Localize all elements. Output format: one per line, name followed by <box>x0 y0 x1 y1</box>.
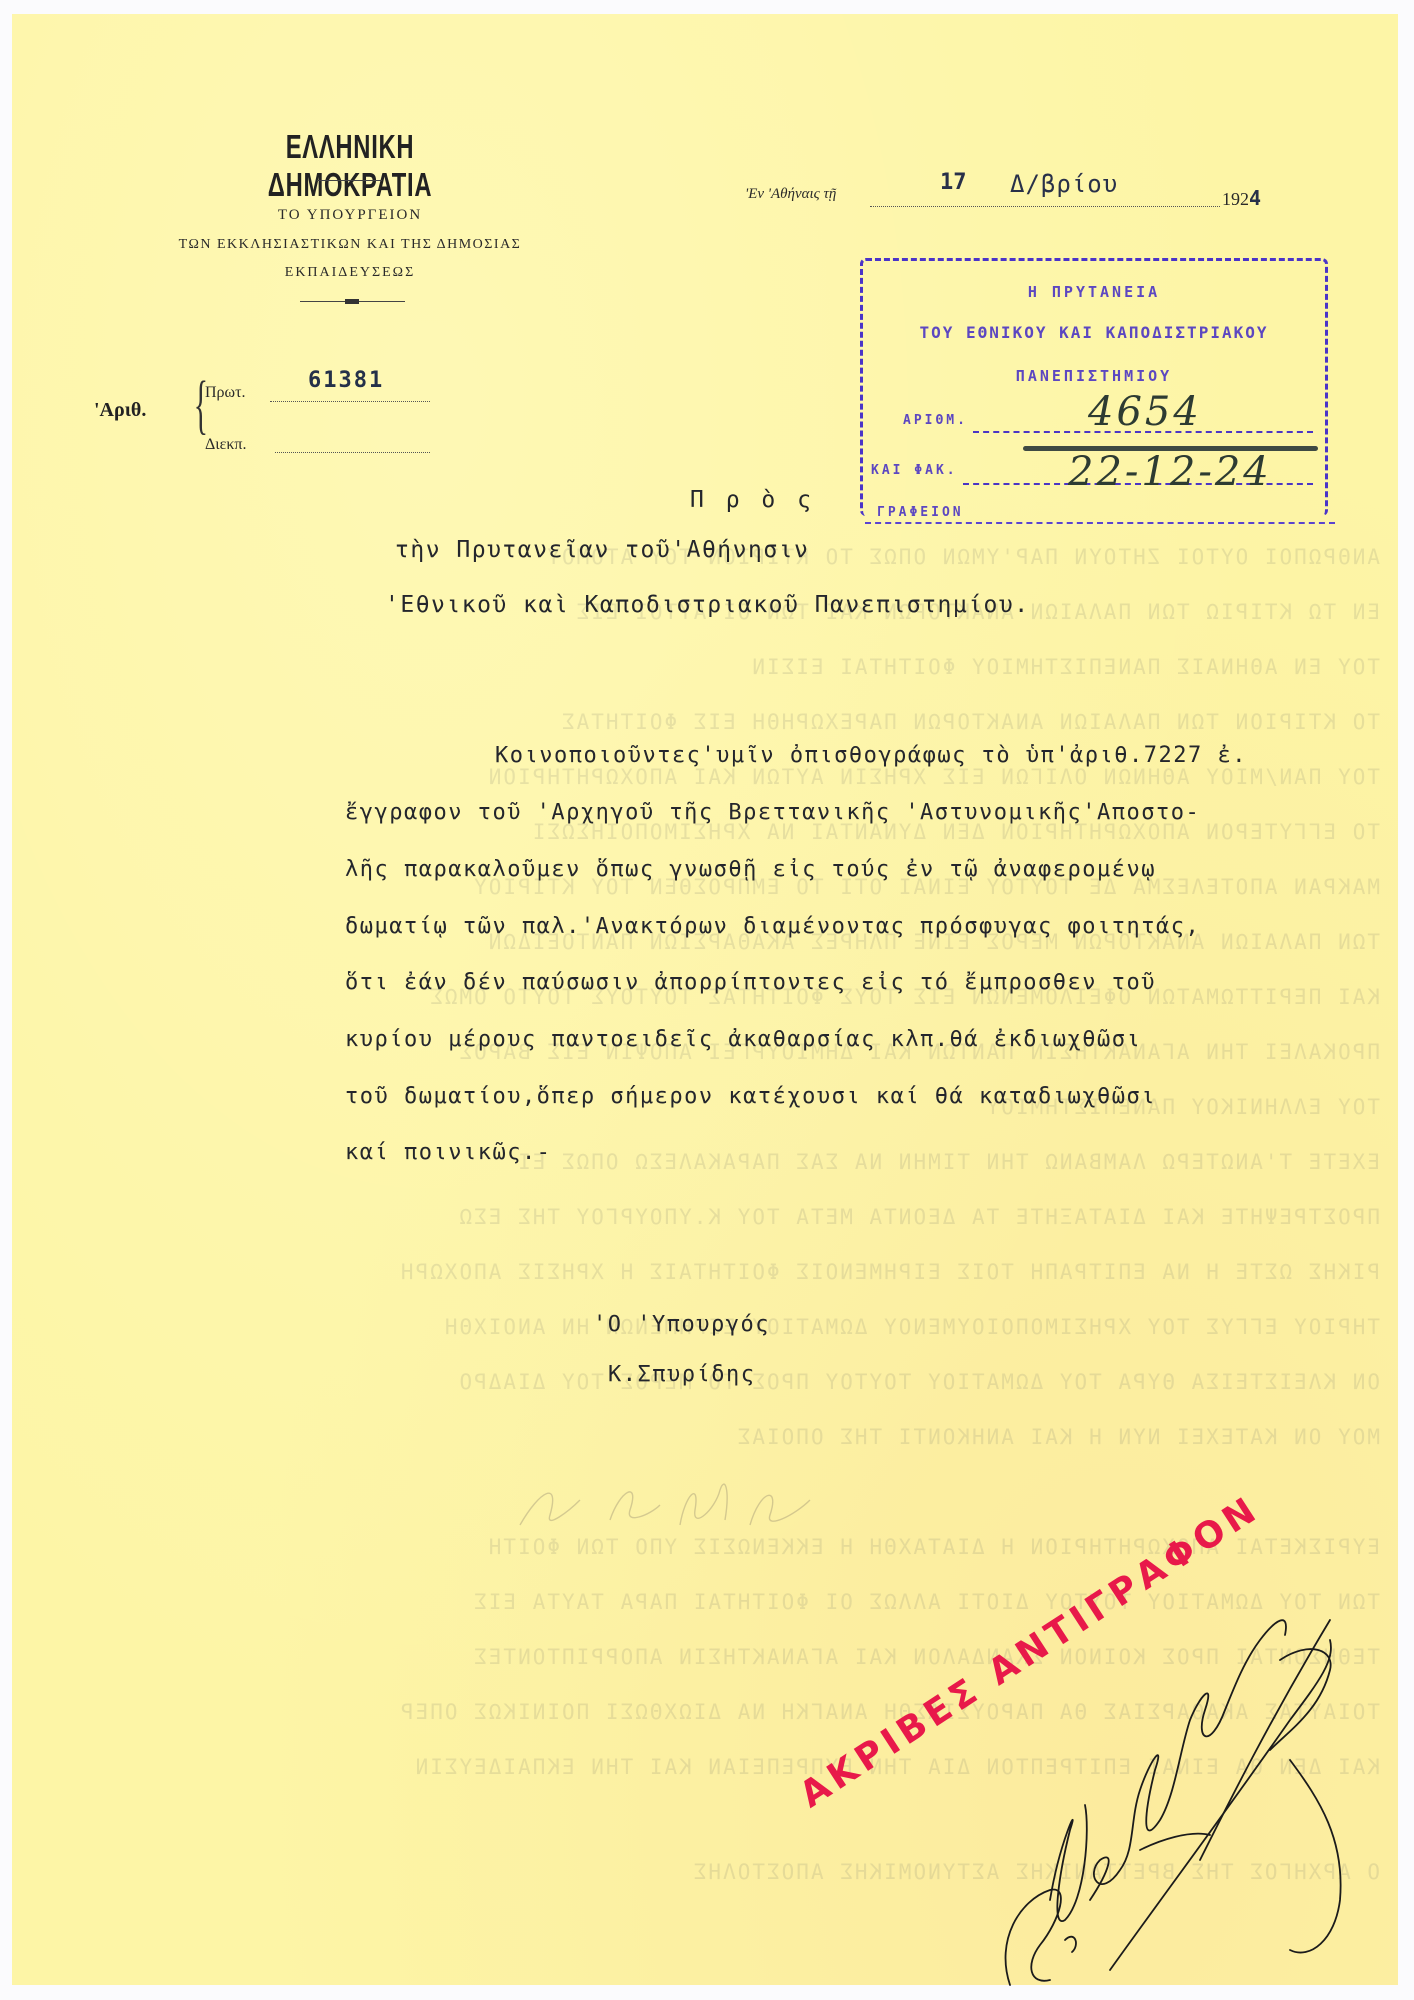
stamp-date-handwritten: 22-12-24 <box>1068 449 1272 495</box>
handwritten-signature-icon <box>990 1600 1350 1990</box>
letterhead-divider <box>317 180 382 181</box>
date-day: 17 <box>940 170 967 195</box>
letterhead-ministry-line2: ΤΩΝ ΕΚΚΛΗΣΙΑΣΤΙΚΩΝ ΚΑΙ ΤΗΣ ΔΗΜΟΣΙΑΣ <box>100 237 600 253</box>
letterhead-state-title: ΕΛΛΗΝΙΚΗ ΔΗΜΟΚΡΑΤΙΑ <box>231 128 469 204</box>
faint-handwriting-bleed-icon <box>510 1470 830 1540</box>
stamp-number-handwritten: 4654 <box>1088 389 1202 435</box>
stamp-office-label: ΓΡΑΦΕΙΟΝ <box>877 505 964 520</box>
date-place-label: 'Εν 'Αθήναις τῇ <box>745 186 836 203</box>
signature-title: 'Ο 'Υπουργός <box>593 1312 770 1337</box>
stamp-line2: ΤΟΥ ΕΘΝΙΚΟΥ ΚΑΙ ΚΑΠΟΔΙΣΤΡΙΑΚΟΥ <box>863 323 1325 342</box>
date-year-prefix: 192 <box>1222 189 1249 209</box>
body-line-2: ἔγγραφον τοῦ 'Αρχηγοῦ τῆς Βρεττανικῆς 'Α… <box>345 800 1200 825</box>
dispatch-label: Διεκπ. <box>205 436 246 454</box>
protocol-label: Πρωτ. <box>205 384 246 402</box>
reference-brace: { <box>194 372 208 438</box>
letterhead-ornament-divider <box>300 301 405 302</box>
addressee-line2: 'Εθνικοῦ καὶ Καποδιστριακοῦ Πανεπιστημίο… <box>385 592 1030 618</box>
signature-name: Κ.Σπυρίδης <box>608 1362 755 1387</box>
date-year-suffix: 4 <box>1249 186 1261 210</box>
body-line-3: λῆς παρακαλοῦμεν ὅπως γνωσθῇ εἰς τούς ἐν… <box>345 857 1156 882</box>
addressee-pros: Π ρ ὸ ς <box>690 487 815 513</box>
date-year: 1924 <box>1222 186 1261 210</box>
letterhead-ministry-line1: ΤΟ ΥΠΟΥΡΓΕΙΟΝ <box>100 207 600 224</box>
protocol-dotted-line <box>270 400 430 402</box>
date-dotted-line <box>870 205 1220 207</box>
addressee-line1: τὴν Πρυτανεῖαν τοῦ'Αθήνησιν <box>395 537 809 563</box>
body-line-7: τοῦ δωματίου,ὅπερ σήμερον κατέχουσι καί … <box>345 1084 1156 1109</box>
stamp-bottom-edge <box>865 522 1335 524</box>
stamp-date-label: ΚΑΙ ΦΑΚ. <box>871 463 958 478</box>
reference-number-label: 'Αριθ. <box>94 399 146 422</box>
date-month: Δ/βρίου <box>1010 170 1118 198</box>
body-line-1: Κοινοποιοῦντες'υμῖν ὀπισθογράφως τὸ ὑπ'ἀ… <box>495 743 1247 768</box>
stamp-line1: Η ΠΡΥΤΑΝΕΙΑ <box>863 283 1325 301</box>
body-line-4: δωματίῳ τῶν παλ.'Ανακτόρων διαμένοντας π… <box>345 914 1200 939</box>
stamp-number-label: ΑΡΙΘΜ. <box>903 413 968 428</box>
university-received-stamp: Η ΠΡΥΤΑΝΕΙΑ ΤΟΥ ΕΘΝΙΚΟΥ ΚΑΙ ΚΑΠΟΔΙΣΤΡΙΑΚ… <box>860 258 1328 516</box>
stamp-line3: ΠΑΝΕΠΙΣΤΗΜΙΟΥ <box>863 367 1325 385</box>
protocol-number: 61381 <box>308 368 384 393</box>
body-line-5: ὅτι ἐάν δέν παύσωσιν ἀπορρίπτοντες εἰς τ… <box>345 970 1156 995</box>
letterhead-ministry-line3: ΕΚΠΑΙΔΕΥΣΕΩΣ <box>100 265 600 281</box>
dispatch-dotted-line <box>275 451 430 453</box>
body-line-6: κυρίου μέρους παντοειδεῖς ἀκαθαρσίας κλπ… <box>345 1027 1141 1052</box>
body-line-8: καί ποινικῶς.- <box>345 1140 551 1165</box>
